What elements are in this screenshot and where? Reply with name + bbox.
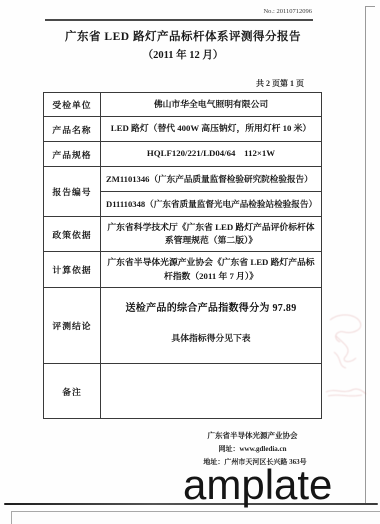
report-number-values: ZM1101346（广东产品质量监督检验研究院检验报告） D11110348（广… [101,167,321,216]
row-value: 佛山市华全电气照明有限公司 [101,93,321,116]
row-label: 评测结论 [44,288,101,363]
row-value: HQLF120/221/LD04/64 112×1W [101,142,321,166]
page-corner-tick [365,6,375,7]
row-label: 产品规格 [44,142,101,166]
conclusion-score-line: 送检产品的综合产品指数得分为 97.89 [126,299,297,314]
table-row-inspected-unit: 受检单位 佛山市华全电气照明有限公司 [44,93,321,117]
table-row-policy-basis: 政策依据 广东省科学技术厅《广东省 LED 路灯产品评价标杆体系管理规范（第二版… [44,217,321,252]
table-row-conclusion: 评测结论 送检产品的综合产品指数得分为 97.89 具体指标得分见下表 [44,288,321,364]
table-row-product-spec: 产品规格 HQLF120/221/LD04/64 112×1W [44,142,321,167]
row-label: 产品名称 [44,117,101,141]
row-value: 广东省科学技术厅《广东省 LED 路灯产品评价标杆体系管理规范（第二版）》 [101,217,321,251]
footer-website: 网址：www.gdledia.cn [195,444,310,454]
report-number-1: ZM1101346（广东产品质量监督检验研究院检验报告） [101,167,321,192]
conclusion-cell: 送检产品的综合产品指数得分为 97.89 具体指标得分见下表 [101,288,321,363]
next-page-top-edge [11,511,380,524]
document-number: No.: 20110712096 [228,8,312,15]
row-label: 受检单位 [44,93,101,116]
red-stamp-mark [322,308,370,403]
table-row-remark: 备注 [44,364,321,418]
page-subtitle: （2011 年 12 月） [0,47,366,62]
footer-organization: 广东省半导体光源产业协会 [195,430,310,441]
row-value: 广东省半导体光源产业协会《广东省 LED 路灯产品标杆指数（2011 年 7 月… [101,252,321,287]
row-value [101,364,321,418]
table-row-report-number: 报告编号 ZM1101346（广东产品质量监督检验研究院检验报告） D11110… [44,167,321,217]
row-label: 报告编号 [44,167,101,216]
scanned-report-page: No.: 20110712096 广东省 LED 路灯产品标杆体系评测得分报告 … [0,0,380,524]
row-value: LED 路灯（替代 400W 高压钠灯，所用灯杆 10 米） [101,117,321,141]
table-row-calc-basis: 计算依据 广东省半导体光源产业协会《广东省 LED 路灯产品标杆指数（2011 … [44,252,321,288]
report-number-2: D11110348（广东省质量监督光电产品检验站检验报告） [101,192,321,216]
header-divider [45,19,313,21]
row-label: 政策依据 [44,217,101,251]
row-label: 计算依据 [44,252,101,287]
conclusion-detail-line: 具体指标得分见下表 [171,331,250,344]
page-title: 广东省 LED 路灯产品标杆体系评测得分报告 [0,28,366,44]
page-edge-right [365,6,366,505]
report-table: 受检单位 佛山市华全电气照明有限公司 产品名称 LED 路灯（替代 400W 高… [43,92,322,419]
page-indicator: 共 2 页第 1 页 [240,78,320,89]
watermark-text: amplate [183,461,380,509]
row-label: 备注 [44,364,101,418]
table-row-product-name: 产品名称 LED 路灯（替代 400W 高压钠灯，所用灯杆 10 米） [44,117,321,142]
